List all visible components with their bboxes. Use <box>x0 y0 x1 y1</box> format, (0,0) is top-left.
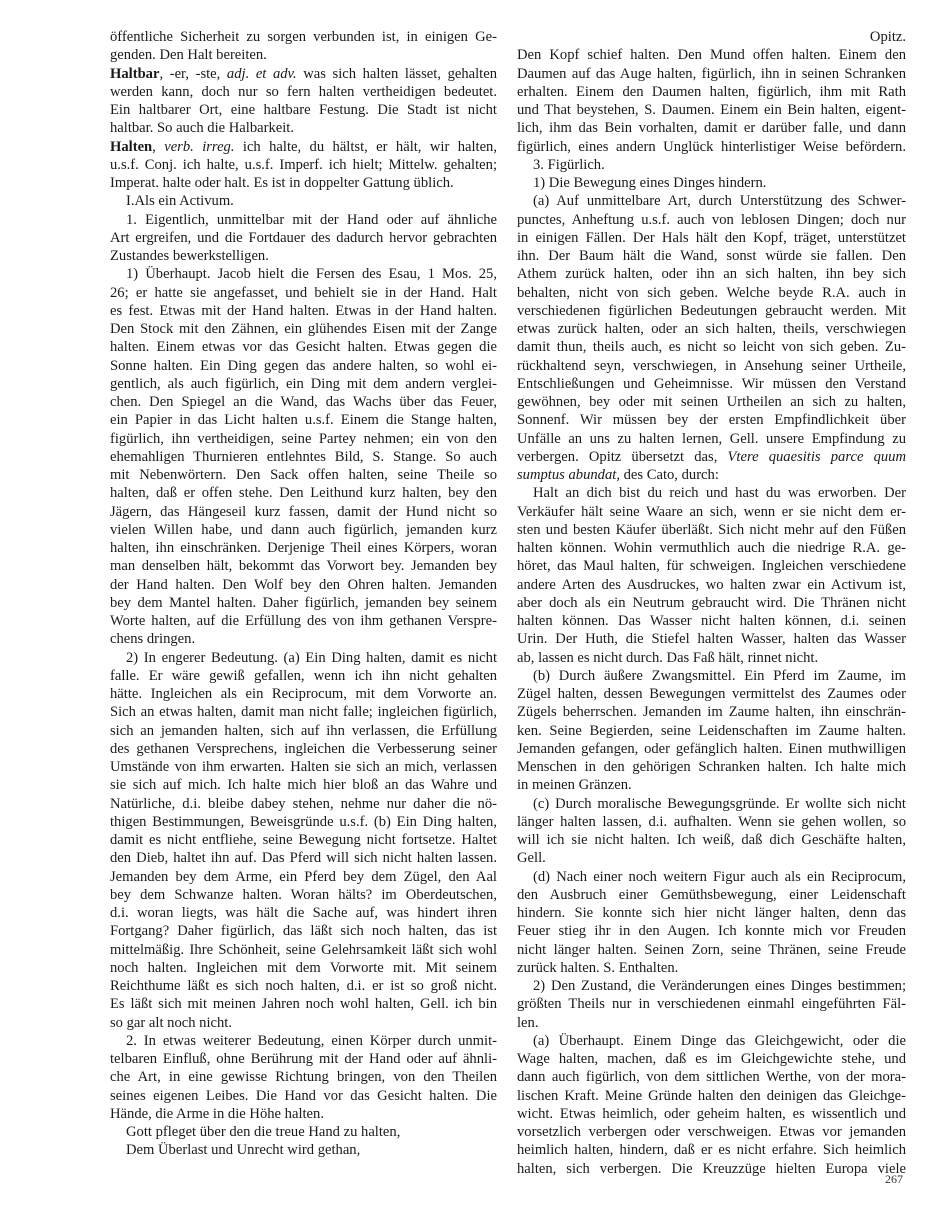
text-line: andere Arten des Ausdruckes, wo halten z… <box>517 576 906 594</box>
text-line: (b) Durch äußere Zwangsmittel. Ein Pferd… <box>517 667 906 685</box>
text-line: erhalten. Einem den Daumen halten, figür… <box>517 83 906 101</box>
text-line: und That beystehen, S. Daumen. Einem ein… <box>517 101 906 119</box>
text-line: hätte. Ingleichen als ein Reciprocum, mi… <box>110 685 497 703</box>
text-line: Jemanden gefangen, oder gefänglich halte… <box>517 740 906 758</box>
text-line: Unfälle an uns zu halten lernen, Gell. u… <box>517 430 906 448</box>
text-line: zurück halten. S. Enthalten. <box>517 959 906 977</box>
text-line: rückhaltend seyn, verschwiegen, in Anseh… <box>517 357 906 375</box>
text-line: Worte halten, auf die Erfüllung des von … <box>110 612 497 630</box>
text-line: Sonne halten. Ein Ding gegen das andere … <box>110 357 497 375</box>
text-line: 2) In engerer Bedeutung. (a) Ein Ding ha… <box>110 649 497 667</box>
text-line: genden. Den Halt bereiten. <box>110 46 497 64</box>
text-line: halten, sich verbergen. Die Kreuzzüge hi… <box>517 1160 906 1178</box>
text-line: 26; er hatte sie angefasset, und behielt… <box>110 284 497 302</box>
text-line: telbaren Einfluß, ohne Berührung mit der… <box>110 1050 497 1068</box>
text-line: figürlich, ihn vertheidigen, seine Parte… <box>110 430 497 448</box>
text-line: Daumen auf das Auge halten, figürlich, i… <box>517 65 906 83</box>
text-line: gewöhnen, bey oder mit seinen Urtheilen … <box>517 393 906 411</box>
text-span: ich halte, du hältst, er hält, wir halte… <box>235 139 498 155</box>
text-line: Gell. <box>517 849 906 867</box>
text-line: halten, daß er offen stehe. Den Leithund… <box>110 484 497 502</box>
text-line: Zügels beherrschen. Jemanden im Zaume ha… <box>517 703 906 721</box>
text-line: Wage halten, machen, daß es im Gleichgew… <box>517 1050 906 1068</box>
text-line: mit Nebenwörtern. Den Sack offen halten,… <box>110 466 497 484</box>
text-line: aber doch als ein Neutrum gebraucht wird… <box>517 594 906 612</box>
text-line: len. <box>517 1014 906 1032</box>
italic-text: sumptus abundat, <box>517 467 620 483</box>
text-line: (c) Durch moralische Bewegungsgründe. Er… <box>517 795 906 813</box>
text-line: sich an jemanden halten, sich auf ihn ve… <box>110 722 497 740</box>
text-line: 3. Figürlich. <box>517 156 906 174</box>
text-line: nicht länger halten. Seinen Zorn, seine … <box>517 941 906 959</box>
text-line: Zügel halten, dessen Bewegungen vermitte… <box>517 685 906 703</box>
text-line: Art ergreifen, und die Fortdauer des dad… <box>110 229 497 247</box>
text-line: den Ausbruch einer Gemüthsbewegung, eine… <box>517 886 906 904</box>
text-line: ein Papier in das Licht halten u.s.f. Ei… <box>110 411 497 429</box>
text-line: so gar alt noch nicht. <box>110 1014 497 1032</box>
text-span: verbergen. Opitz übersetzt das, <box>517 449 728 465</box>
text-line: halten können. Das Wasser nicht halten k… <box>517 612 906 630</box>
text-line: größten Theils nur in verschiedenen einm… <box>517 995 906 1013</box>
text-line: Umstände von ihm erwarten. Halten sie si… <box>110 758 497 776</box>
text-line: punctes, Anheftung u.s.f. auch von leblo… <box>517 211 906 229</box>
running-head: Opitz. <box>517 28 906 46</box>
text-line: ehemahligen Thurnieren entlehntes Bild, … <box>110 448 497 466</box>
text-line: Hände, die Arme in die Höhe halten. <box>110 1105 497 1123</box>
text-line: figürlich, eines andern Unglück hinterli… <box>517 138 906 156</box>
text-line: 1) Die Bewegung eines Dinges hindern. <box>517 174 906 192</box>
entry-headword: Halten <box>110 139 152 155</box>
text-line: 1. Eigentlich, unmittelbar mit der Hand … <box>110 211 497 229</box>
text-line: lich, ihm das Bein vorhalten, damit er d… <box>517 119 906 137</box>
text-line: (d) Nach einer noch weitern Figur auch a… <box>517 868 906 886</box>
text-line: verschiedenen figürlichen Bedeutungen ge… <box>517 302 906 320</box>
text-line: halten, ihn einschränken. Derjenige Thei… <box>110 539 497 557</box>
text-line: 1) Überhaupt. Jacob hielt die Fersen des… <box>110 265 497 283</box>
text-line: höret, das Maul halten, für schweigen. I… <box>517 557 906 575</box>
text-line: wicht. Etwas heimlich, oder geheim halte… <box>517 1105 906 1123</box>
text-line: Ein haltbarer Ort, eine haltbare Festung… <box>110 101 497 119</box>
text-line: ab, lassen es nicht durch. Das Faß hält,… <box>517 649 906 667</box>
text-line: verbergen. Opitz übersetzt das, Vtere qu… <box>517 448 906 466</box>
text-line: haltbar. So auch die Halbarkeit. <box>110 119 497 137</box>
entry-headword: Haltbar <box>110 66 159 82</box>
text-line: Fortgang? Daher figürlich, das läßt sich… <box>110 922 497 940</box>
text-line: halten können. Wohin vermuthlich auch di… <box>517 539 906 557</box>
text-line: damit es nicht entfliehe, seine Bewegung… <box>110 831 497 849</box>
text-line: noch halten. Ingleichen mit dem Vorworte… <box>110 959 497 977</box>
italic-text: adj. et adv. <box>227 66 297 82</box>
text-line: vielen Willen habe, und dann auch figürl… <box>110 521 497 539</box>
text-line: werden kann, doch nur so fern halten ver… <box>110 83 497 101</box>
text-line: sten und besten Käufer überläßt. Sich ni… <box>517 521 906 539</box>
text-line: seines eigenen Leibes. Die Hand vor das … <box>110 1087 497 1105</box>
text-line: Sich an etwas halten, damit man nicht fa… <box>110 703 497 721</box>
text-line: 2) Den Zustand, die Veränderungen eines … <box>517 977 906 995</box>
text-line: Athem zurück halten, oder ihn an sich ha… <box>517 265 906 283</box>
text-line: länger halten lassen, d.i. aufhalten. We… <box>517 813 906 831</box>
text-line: vorsetzlich verbergen oder verschweigen.… <box>517 1123 906 1141</box>
text-line: sie sich auf mich. Ich halte mich hier b… <box>110 776 497 794</box>
text-line: bey dem Mantel halten. Daher figürlich, … <box>110 594 497 612</box>
text-line: es fest. Etwas mit der Hand halten. Etwa… <box>110 302 497 320</box>
text-span: , -er, -ste, <box>159 66 226 82</box>
text-line: mittelmäßig. Ihre Schönheit, seine Geleh… <box>110 941 497 959</box>
text-line: Dem Überlast und Unrecht wird gethan, <box>110 1141 497 1159</box>
text-line: heimlich halten, hindern, daß er es nich… <box>517 1141 906 1159</box>
text-line: Reichthume läßt es sich noch halten, d.i… <box>110 977 497 995</box>
text-line: will ich sie nicht halten. Ich weiß, daß… <box>517 831 906 849</box>
text-line: Es läßt sich mit meinen Jahren noch wohl… <box>110 995 497 1013</box>
text-line: sumptus abundat, des Cato, durch: <box>517 466 906 484</box>
text-line: Halt an dich bist du reich und hast du w… <box>517 484 906 502</box>
text-line: Den Stock mit den Zähnen, ein glühendes … <box>110 320 497 338</box>
text-line: Gott pfleget über den die treue Hand zu … <box>110 1123 497 1141</box>
text-span: , <box>152 139 164 155</box>
text-line: I.Als ein Activum. <box>110 192 497 210</box>
text-line: Haltbar, -er, -ste, adj. et adv. was sic… <box>110 65 497 83</box>
text-line: 2. In etwas weiterer Bedeutung, einen Kö… <box>110 1032 497 1050</box>
text-line: che Art, in eine gewisse Richtung bringe… <box>110 1068 497 1086</box>
text-line: Feuer stieg ihr in den Augen. Ich konnte… <box>517 922 906 940</box>
text-line: in einigen Fällen. Der Hals hält den Kop… <box>517 229 906 247</box>
text-line: öffentliche Sicherheit zu sorgen verbund… <box>110 28 497 46</box>
text-span: was sich halten lässet, gehalten <box>297 66 497 82</box>
page-number: 267 <box>885 1172 903 1187</box>
text-line: in meinen Gränzen. <box>517 776 906 794</box>
italic-text: Vtere quaesitis parce quum <box>728 449 907 465</box>
text-line: dann auch figürlich, von dem sittlichen … <box>517 1068 906 1086</box>
text-line: u.s.f. Conj. ich halte, u.s.f. Imperf. i… <box>110 156 497 174</box>
left-column: öffentliche Sicherheit zu sorgen verbund… <box>110 28 497 1160</box>
text-line: den Dieb, haltet ihn auf. Das Pferd will… <box>110 849 497 867</box>
text-line: etwas zurück halten, oder an sich halten… <box>517 320 906 338</box>
text-line: behalten, nicht von sich geben. Welche b… <box>517 284 906 302</box>
text-line: chen. Den Spiegel an die Wand, das Wachs… <box>110 393 497 411</box>
text-line: Sonnenf. Wir müssen bey der ersten Empfi… <box>517 411 906 429</box>
text-line: Halten, verb. irreg. ich halte, du hälts… <box>110 138 497 156</box>
text-line: des gethanen Versprechens, ingleichen di… <box>110 740 497 758</box>
text-line: Entschließungen und Geheimnisse. Wir müs… <box>517 375 906 393</box>
text-line: bey dem Schwanze halten. Woran hälts? im… <box>110 886 497 904</box>
text-line: man denselben hält, bekommt das Vorwort … <box>110 557 497 575</box>
text-line: der Hand halten. Den Wolf bey den Ohren … <box>110 576 497 594</box>
text-line: ihn. Der Baum hält die Wand, sonst würde… <box>517 247 906 265</box>
text-line: Urin. Der Huth, die Stiefel halten Wasse… <box>517 630 906 648</box>
text-line: chens dringen. <box>110 630 497 648</box>
text-line: Verkäufer hält seine Waare an sich, wenn… <box>517 503 906 521</box>
text-line: (a) Überhaupt. Einem Dinge das Gleichgew… <box>517 1032 906 1050</box>
text-line: d.i. woran liegts, was hält die Sache au… <box>110 904 497 922</box>
text-line: damit thun, theils auch, es nicht so lei… <box>517 338 906 356</box>
text-line: Imperat. halte oder halt. Es ist in dopp… <box>110 174 497 192</box>
text-line: thigen Bestimmungen, Beweisgründe u.s.f.… <box>110 813 497 831</box>
right-column: Opitz.Den Kopf schief halten. Den Mund o… <box>517 28 906 1178</box>
text-line: lischen Kraft. Meine Gründe halten den d… <box>517 1087 906 1105</box>
text-line: Natürliche, d.i. bleibe dabey stehen, ne… <box>110 795 497 813</box>
text-line: hindern. Sie konnte sich hier nicht läng… <box>517 904 906 922</box>
text-line: Den Kopf schief halten. Den Mund offen h… <box>517 46 906 64</box>
text-line: ken. Seine Begierden, seine Leidenschaft… <box>517 722 906 740</box>
text-line: Menschen in den gehörigen Schranken halt… <box>517 758 906 776</box>
text-line: halten. Einem etwas vor das Gesicht halt… <box>110 338 497 356</box>
text-line: Jägern, das Hängeseil kurz fassen, damit… <box>110 503 497 521</box>
text-line: gentlich, als auch figürlich, ein Ding m… <box>110 375 497 393</box>
text-line: falle. Er wäre gewiß gefallen, wenn ich … <box>110 667 497 685</box>
text-line: Zustandes bewerkstelligen. <box>110 247 497 265</box>
text-line: Jemanden bey dem Arme, ein Pferd bey dem… <box>110 868 497 886</box>
text-span: des Cato, durch: <box>620 467 719 483</box>
italic-text: verb. irreg. <box>164 139 234 155</box>
text-line: (a) Auf unmittelbare Art, durch Unterstü… <box>517 192 906 210</box>
